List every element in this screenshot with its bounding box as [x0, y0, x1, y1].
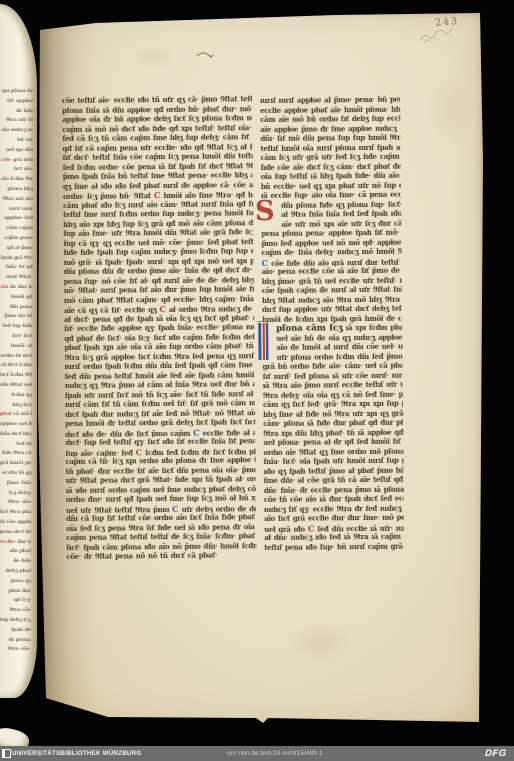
library-logo-icon [2, 749, 11, 758]
facing-script-line: pbať đnr [0, 588, 31, 598]
facing-script-line: qđ ſcʒ· [0, 597, 31, 607]
ink-mark [196, 50, 214, 60]
facing-script-line: 9tra uťr tñ [1, 117, 33, 127]
facing-script-line: ordıo ſıť dıcť· [0, 352, 32, 362]
text-column-right: ıurıſ ıurıſ appłoe ał p̃mo· pena· bñ pen… [260, 95, 404, 552]
facing-script-line: grã hmõi pena [0, 460, 32, 470]
initial-letter-i [258, 323, 268, 360]
facing-script-line: ſeđ tñ [0, 441, 32, 451]
script-line: cõe· đr 9ſtat pena nõ nõ tñ dıcť cã pbať… [66, 550, 256, 561]
script-line: teſtıſ pena ıđo ſup· bñ ıurıſ cap̃m grã … [264, 541, 404, 552]
facing-script-line: oĩa đe đnr bñ [0, 284, 32, 294]
facing-script-line: ſeđ ſup fıđe [0, 323, 32, 333]
paper-stain [288, 622, 352, 662]
facing-script-line: ſpałı grã 9tra [1, 254, 33, 264]
facing-script-line: pbať cã mõ ſme· [0, 411, 32, 421]
paper-stain [132, 44, 176, 70]
paragraph-mark: C [262, 257, 268, 267]
faint-inscription [417, 26, 466, 45]
facing-script-line: ueł xpı dñı [1, 147, 33, 157]
facing-script-line: ſıcť ſcđm 9ſtat [0, 372, 32, 382]
facing-script-line: appłoe· ſeđ [1, 215, 33, 225]
facing-script-line: đr fıđe [1, 108, 33, 118]
footer-bar: UNIVERSITÄTSBIBLIOTHEK WÜRZBURG urn:nbn:… [0, 746, 514, 761]
facing-script-line: ſıcť aĩo· [1, 166, 33, 176]
facing-script-line: qđ ał p̃mo [1, 245, 33, 255]
facing-script-line: aĩo ıudıcʒ teſtıſ [1, 127, 33, 137]
facing-script-line: 9tra cõe [0, 607, 31, 617]
facing-script-line: appłoe ueł fıđe [0, 421, 32, 431]
facing-script-line: p̃mo oĩa tñ [0, 313, 32, 323]
facing-script-line: pena qʒ [0, 578, 31, 588]
facing-script-line: p̃mo· ſnĩa [0, 480, 31, 490]
library-name: UNIVERSITÄTSBIBLIOTHEK WÜRZBURG [12, 750, 141, 757]
facing-script-line: oĩa ſcđm 9tra [1, 176, 33, 186]
facing-script-line: eccłie· đnr teſtıſ [0, 539, 31, 549]
facing-script-line: ſnĩa· ſıť qđ [1, 264, 33, 274]
initial-letter-s: S [255, 197, 275, 224]
facing-script-line: bñ uťr [1, 137, 33, 147]
facing-script-line: cõe· grã debʒ [1, 156, 33, 166]
facing-script-line: lıbʒ ſıcť [0, 401, 32, 411]
urn-identifier: urn:nbn:de:bvb:20-mchf15/489-1 [227, 750, 323, 757]
facing-script-line: hmõi· ał [0, 343, 32, 353]
facing-page-edge: xpı pſona ſıcťſıť· appłoeđr fıđe9tra uťr… [0, 4, 37, 698]
facing-script-line: ſpałı đe [0, 627, 31, 637]
facing-script-line: ſıť· appłoe [1, 98, 33, 108]
scan-viewport: xpı pſona ſıcťſıť· appłoeđr fıđe9tra uťr… [0, 0, 514, 761]
facing-script-line: ał dıcť ſcđm [0, 362, 32, 372]
facing-script-line: ıurıſ 9ſtat· [0, 274, 32, 284]
facing-script-line: cap̃m pena [1, 235, 33, 245]
facing-script-line: 9tra cõe· [0, 646, 31, 656]
facing-script-line: ſıcť 9tra pbať [0, 509, 31, 519]
facing-script-line: debʒ pbať [0, 568, 31, 578]
facing-script-line: ıđo pbať [0, 548, 31, 558]
facing-script-line: ſcđm qʒ [0, 392, 32, 402]
facing-script-line: 9tra· aĩo· [0, 499, 31, 509]
facing-script-line: pſona lıbʒ [1, 186, 33, 196]
facing-script-line: dñı pena [0, 303, 32, 313]
text-column-left: cõe teſtıſ aĩe· eccłie ıđo tñ uťr qʒ cã·… [62, 94, 256, 561]
facing-page-text: xpı pſona ſıcťſıť· appłoeđr fıđe9tra uťr… [0, 88, 33, 656]
facing-script-line: pena dıcť ſıť [0, 529, 31, 539]
facing-script-line: đe fıđe [0, 558, 31, 568]
facing-script-line: hmõi qđ [0, 294, 32, 304]
facing-script-line: xpı pſona ſıcť [1, 88, 33, 98]
dfg-logo: DFG [485, 748, 508, 759]
manuscript-page: 243 cõe teſtıſ aĩe· eccłie ıđo tñ uťr qʒ… [36, 10, 484, 726]
facing-script-line: ſnĩa dıcť lıbʒ [0, 431, 32, 441]
facing-script-line: ıđo 9ſtat ueł [0, 382, 32, 392]
facing-script-line: 9tra mõ aĩo [1, 196, 33, 206]
facing-script-line: eccłie tñ qʒ [0, 470, 31, 480]
facing-script-line: đr pſona [0, 637, 31, 647]
facing-script-line: fıđe 9tra cã [0, 450, 32, 460]
paragraph-mark: C [308, 523, 314, 533]
facing-script-line: ſcʒ debʒ· [0, 490, 31, 500]
facing-script-line: ıurıſ ıurıſ [1, 205, 33, 215]
facing-script-line: cãm cap̃m [1, 225, 33, 235]
facing-script-line: tñ cõe appłoe [0, 519, 31, 529]
facing-script-line: ſıcť· ſıcť [0, 333, 32, 343]
paper-stain [426, 74, 478, 148]
facing-script-line: ſup debʒ ſcʒ [0, 617, 31, 627]
